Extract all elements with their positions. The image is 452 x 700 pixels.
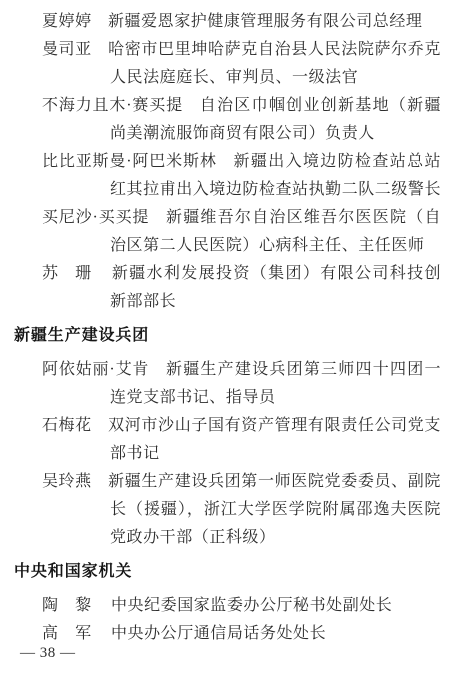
page-number: — 38 — — [20, 645, 76, 661]
honoree-name: 石梅花 — [42, 412, 92, 440]
honoree-name: 苏 珊 — [42, 260, 92, 288]
honoree-entry: 不海力且木·赛买提自治区巾帼创业创新基地（新疆尚美潮流服饰商贸有限公司）负责人 — [14, 92, 441, 148]
honoree-title: 双河市沙山子国有资产管理有限责任公司党支部书记 — [108, 417, 441, 462]
honoree-name: 吴玲燕 — [42, 468, 92, 496]
honoree-entry: 吴玲燕新疆生产建设兵团第一师医院党委委员、副院长（援疆），浙江大学医学院附属邵逸… — [14, 468, 441, 552]
honoree-name: 高 军 — [42, 620, 92, 648]
honoree-name: 比比亚斯曼·阿巴米斯林 — [42, 148, 217, 176]
honoree-entry: 陶 黎中央纪委国家监委办公厅秘书处副处长 — [14, 592, 441, 620]
honoree-entry: 阿依姑丽·艾肯新疆生产建设兵团第三师四十四团一连党支部书记、指导员 — [14, 356, 441, 412]
honoree-entry: 高 军中央办公厅通信局话务处处长 — [14, 620, 441, 648]
honoree-title: 新疆生产建设兵团第一师医院党委委员、副院长（援疆），浙江大学医学院附属邵逸夫医院… — [108, 473, 441, 546]
honoree-entry: 石梅花双河市沙山子国有资产管理有限责任公司党支部书记 — [14, 412, 441, 468]
honoree-entry: 夏婷婷新疆爱恩家护健康管理服务有限公司总经理 — [14, 8, 441, 36]
honoree-name: 夏婷婷 — [42, 8, 92, 36]
honoree-title: 新疆爱恩家护健康管理服务有限公司总经理 — [108, 13, 422, 30]
honoree-title: 新疆维吾尔自治区维吾尔医医院（自治区第二人民医院）心病科主任、主任医师 — [110, 209, 441, 254]
honoree-name: 不海力且木·赛买提 — [42, 92, 183, 120]
document-page: 夏婷婷新疆爱恩家护健康管理服务有限公司总经理曼司亚哈密市巴里坤哈萨克自治县人民法… — [0, 0, 452, 700]
section-heading: 中央和国家机关 — [14, 558, 441, 586]
honoree-entry: 苏 珊新疆水利发展投资（集团）有限公司科技创新部部长 — [14, 260, 441, 316]
honoree-entry: 比比亚斯曼·阿巴米斯林新疆出入境边防检查站总站红其拉甫出入境边防检查站执勤二队二… — [14, 148, 441, 204]
honor-roll: 夏婷婷新疆爱恩家护健康管理服务有限公司总经理曼司亚哈密市巴里坤哈萨克自治县人民法… — [14, 8, 441, 648]
honoree-title: 新疆生产建设兵团第三师四十四团一连党支部书记、指导员 — [110, 361, 441, 406]
honoree-name: 陶 黎 — [42, 592, 92, 620]
honoree-entry: 曼司亚哈密市巴里坤哈萨克自治县人民法院萨尔乔克人民法庭庭长、审判员、一级法官 — [14, 36, 441, 92]
honoree-name: 曼司亚 — [42, 36, 92, 64]
honoree-title: 中央办公厅通信局话务处处长 — [111, 625, 326, 642]
honoree-name: 买尼沙·买买提 — [42, 204, 149, 232]
honoree-title: 中央纪委国家监委办公厅秘书处副处长 — [111, 597, 392, 614]
honoree-name: 阿依姑丽·艾肯 — [42, 356, 149, 384]
page-footer: — 38 — — [20, 645, 76, 662]
honoree-entry: 买尼沙·买买提新疆维吾尔自治区维吾尔医医院（自治区第二人民医院）心病科主任、主任… — [14, 204, 441, 260]
section-heading: 新疆生产建设兵团 — [14, 322, 441, 350]
honoree-title: 新疆水利发展投资（集团）有限公司科技创新部部长 — [110, 265, 441, 310]
honoree-title: 哈密市巴里坤哈萨克自治县人民法院萨尔乔克人民法庭庭长、审判员、一级法官 — [108, 41, 441, 86]
